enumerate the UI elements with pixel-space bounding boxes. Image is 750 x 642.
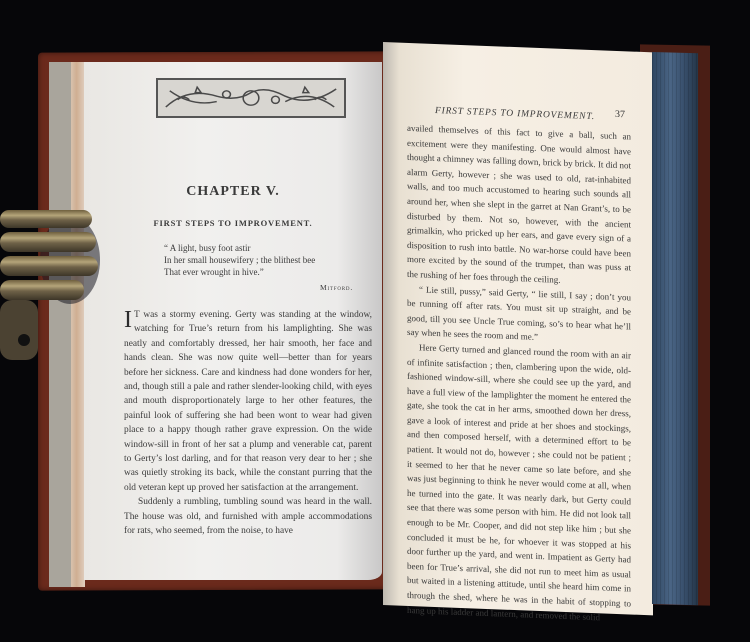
left-page-body: IT was a stormy evening. Gerty was stand… (124, 308, 372, 539)
epigraph-author: Mitford. (320, 283, 353, 292)
chapter-title: CHAPTER V. (84, 184, 382, 200)
paragraph: “ Lie still, pussy,” said Gerty, “ lie s… (407, 281, 631, 348)
brass-hand-bookend-icon (0, 190, 100, 370)
paragraph: Here Gerty turned and glanced round the … (407, 340, 631, 626)
page-number: 37 (615, 109, 625, 120)
paragraph-text: T was a stormy evening. Gerty was standi… (124, 310, 372, 493)
paragraph: IT was a stormy evening. Gerty was stand… (124, 308, 372, 495)
paragraph: Suddenly a rumbling, tumbling sound was … (124, 495, 372, 538)
paragraph: availed themselves of this fact to give … (407, 121, 631, 290)
chapter-subtitle: FIRST STEPS TO IMPROVEMENT. (84, 218, 382, 228)
epigraph-line: In her small housewifery ; the blithest … (164, 255, 315, 265)
running-head: FIRST STEPS TO IMPROVEMENT. (435, 106, 595, 122)
epigraph-line: That ever wrought in hive.” (164, 267, 264, 277)
drop-cap: I (124, 310, 132, 330)
page-edges (652, 52, 698, 605)
epigraph: “ A light, busy foot astir In her small … (164, 242, 315, 278)
right-page: FIRST STEPS TO IMPROVEMENT. 37 availed t… (383, 42, 653, 615)
right-page-body: availed themselves of this fact to give … (407, 121, 631, 626)
floral-headpiece-icon (156, 78, 346, 118)
left-page: CHAPTER V. FIRST STEPS TO IMPROVEMENT. “… (84, 62, 382, 580)
photo-scene: CHAPTER V. FIRST STEPS TO IMPROVEMENT. “… (0, 0, 750, 642)
epigraph-line: “ A light, busy foot astir (164, 243, 251, 253)
